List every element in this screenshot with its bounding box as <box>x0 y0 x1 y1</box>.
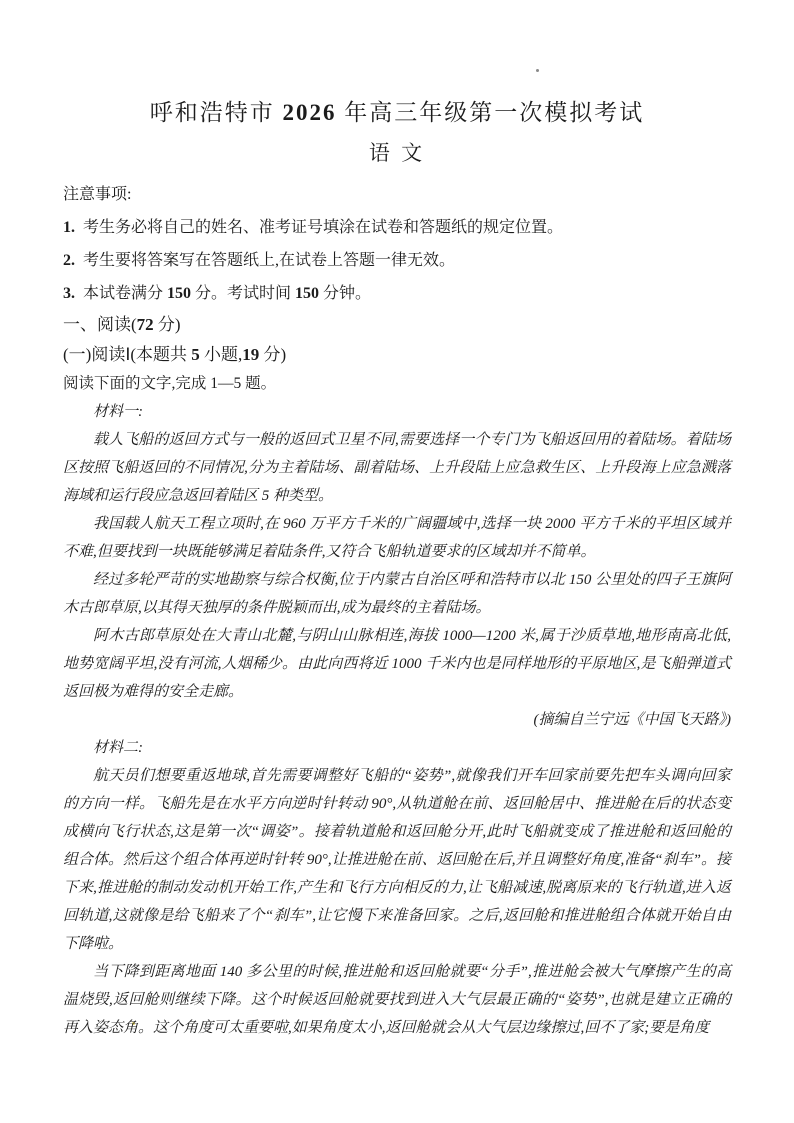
material1-paragraph-2: 我国载人航天工程立项时,在 960 万平方千米的广阔疆域中,选择一块 2000 … <box>63 510 731 566</box>
notice-item-2: 2. 考生要将答案写在答题纸上,在试卷上答题一律无效。 <box>63 244 731 277</box>
notice-item-3: 3. 本试卷满分 150 分。考试时间 150 分钟。 <box>63 277 731 310</box>
material2-label: 材料二: <box>63 734 731 762</box>
material1-label: 材料一: <box>63 398 731 426</box>
material1-paragraph-4: 阿木古郎草原处在大青山北麓,与阴山山脉相连,海拔 1000—1200 米,属于沙… <box>63 622 731 706</box>
exam-title: 呼和浩特市 2026 年高三年级第一次模拟考试 <box>63 98 731 128</box>
section-heading: 一、阅读(72 分) <box>63 310 731 340</box>
notice-block: 注意事项: 1. 考生务必将自己的姓名、准考证号填涂在试卷和答题纸的规定位置。 … <box>63 178 731 310</box>
scan-artifact-dot <box>536 69 539 72</box>
material2-paragraph-2: 当下降到距离地面 140 多公里的时候,推进舱和返回舱就要“分手”,推进舱会被大… <box>63 958 731 1042</box>
material1-paragraph-3: 经过多轮严苛的实地勘察与综合权衡,位于内蒙古自治区呼和浩特市以北 150 公里处… <box>63 566 731 622</box>
material2-paragraph-1: 航天员们想要重返地球,首先需要调整好飞船的“姿势”,就像我们开车回家前要先把车头… <box>63 762 731 958</box>
exam-paper-page: 呼和浩特市 2026 年高三年级第一次模拟考试 语 文 注意事项: 1. 考生务… <box>0 0 794 1123</box>
exam-subject: 语 文 <box>63 140 731 166</box>
notice-item-1: 1. 考生务必将自己的姓名、准考证号填涂在试卷和答题纸的规定位置。 <box>63 211 731 244</box>
subsection-heading: (一)阅读Ⅰ(本题共 5 小题,19 分) <box>63 340 731 370</box>
material1-paragraph-1: 载人飞船的返回方式与一般的返回式卫星不同,需要选择一个专门为飞船返回用的着陆场。… <box>63 426 731 510</box>
page-content: 呼和浩特市 2026 年高三年级第一次模拟考试 语 文 注意事项: 1. 考生务… <box>63 98 731 1042</box>
material1-citation: (摘编自兰宁远《中国飞天路》) <box>63 706 731 734</box>
notice-heading: 注意事项: <box>63 178 731 211</box>
reading-instruction: 阅读下面的文字,完成 1—5 题。 <box>63 370 731 398</box>
